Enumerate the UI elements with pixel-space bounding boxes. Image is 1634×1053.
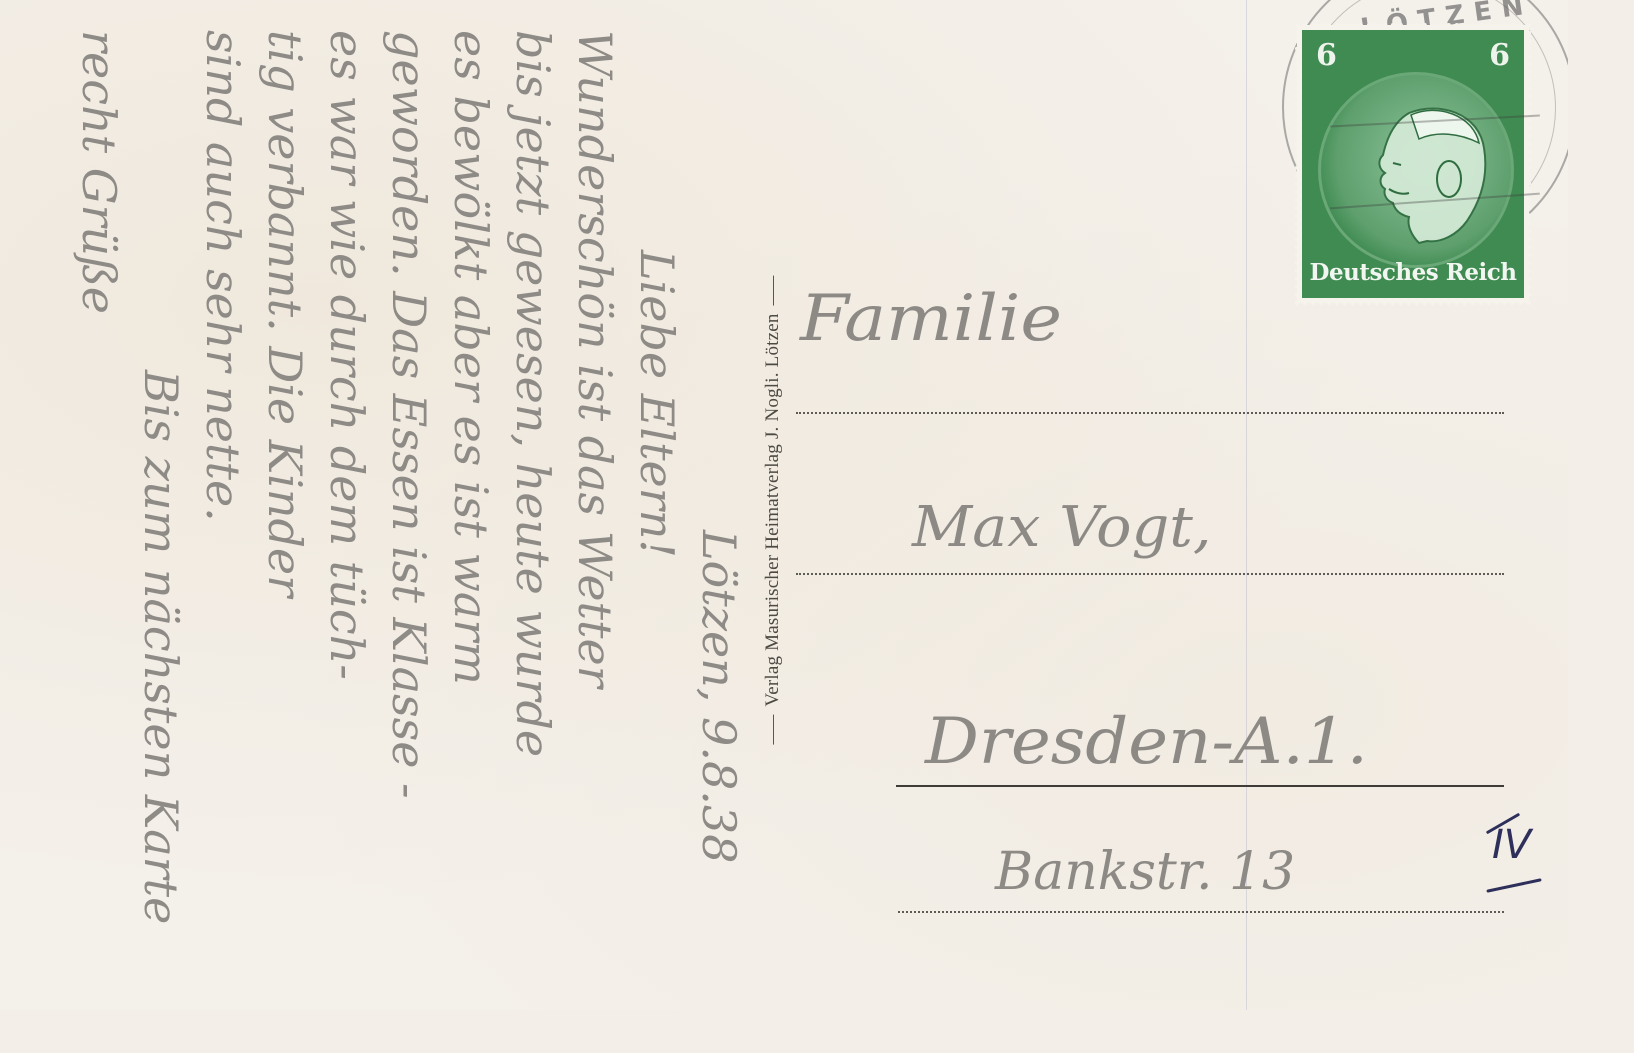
message-line: recht Grüße [68,10,130,1000]
message-line: tig verbannt. Die Kinder [254,10,316,1000]
stamp-value-left: 6 [1316,38,1337,73]
publisher-imprint: Verlag Masurischer Heimatverlag J. Nogli… [760,100,786,920]
postcard-back: Lötzen, 9.8.38 Liebe Eltern! Wunderschön… [0,0,1568,1010]
address-line-4: Bankstr. 13 [995,842,1295,902]
message-line: sind auch sehr nette. [192,10,254,1000]
address-line-1: Familie [800,282,1062,356]
address-rule-1 [796,412,1504,414]
message-line: es bewölkt aber es ist warm [440,10,502,1000]
handwritten-message: Lötzen, 9.8.38 Liebe Eltern! Wunderschön… [10,10,750,1000]
address-rule-3 [896,785,1504,787]
imprint-text: Verlag Masurischer Heimatverlag J. Nogli… [762,267,784,752]
annotation-text: IV [1492,822,1531,868]
message-greeting: Liebe Eltern! [626,10,688,1000]
address-rule-2 [796,573,1504,575]
message-line: bis jetzt gewesen, heute wurde [502,10,564,1000]
message-line: Bis zum nächsten Karte [130,10,192,1000]
stamp-medallion [1318,72,1514,268]
postage-stamp: 6 6 Deutsches Reich [1302,30,1524,298]
address-line-3: Dresden-A.1. [925,705,1368,779]
message-date: Lötzen, 9.8.38 [688,10,750,1000]
district-annotation: IV [1478,800,1548,900]
stamp-country-label: Deutsches Reich [1302,259,1524,286]
address-line-2: Max Vogt, [912,495,1212,560]
address-rule-4 [898,911,1504,913]
message-line: geworden. Das Essen ist Klasse - [378,10,440,1000]
message-line: Wunderschön ist das Wetter [564,10,626,1000]
message-line: es war wie durch dem tüch- [316,10,378,1000]
stamp-value-right: 6 [1489,38,1510,73]
